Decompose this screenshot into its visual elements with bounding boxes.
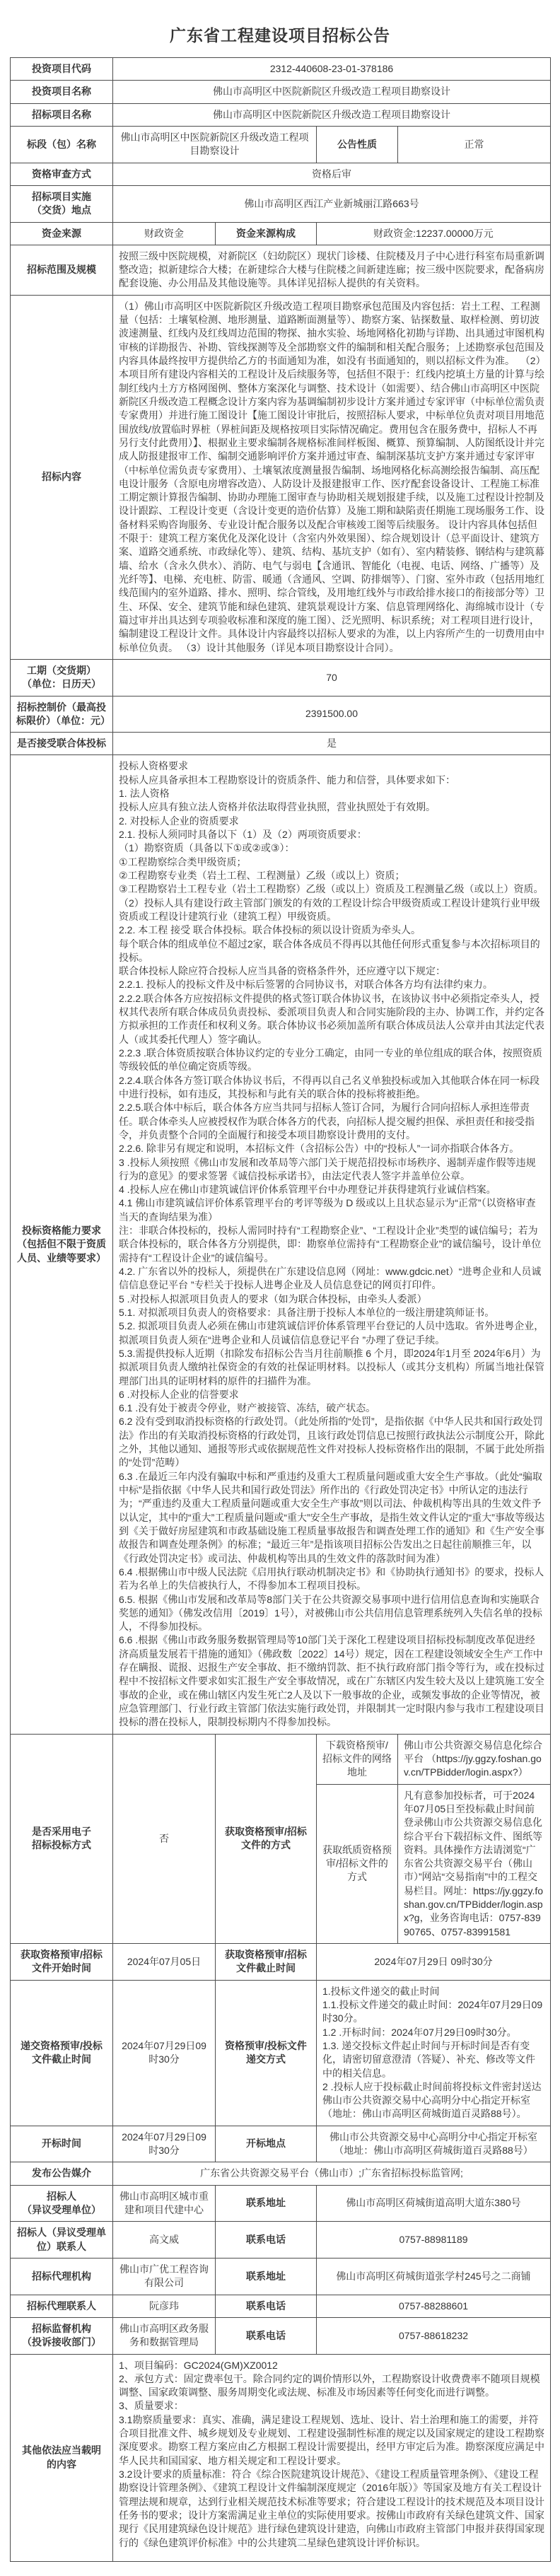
agency-label: 招标代理机构 [11, 2258, 113, 2295]
announcement-page: 广东省工程建设项目招标公告 投资项目代码 2312-440608-23-01-3… [0, 0, 560, 2576]
electronic-label: 是否采用电子 招标投标方式 [11, 1734, 113, 1943]
row-consortium: 是否接受联合体投标 是 [11, 733, 551, 755]
row-qualification-method: 资格审查方式 资格后审 [11, 163, 551, 185]
investment-code-label: 投资项目代码 [11, 58, 113, 81]
consortium-label: 是否接受联合体投标 [11, 733, 113, 755]
qualification-method-label: 资格审查方式 [11, 163, 113, 185]
row-submission: 递交资格预审/投标文件截止时间 2024年07月29日09时30分 资格预审/投… [11, 1980, 551, 2126]
funding-source-value: 财政资金 [113, 222, 216, 245]
other-label: 其他依法应当载明 的内容 [11, 2354, 113, 2561]
funding-composition-label: 资金来源构成 [216, 222, 317, 245]
ceiling-price-value: 2391500.00 [113, 696, 551, 733]
supervisor-phone-value: 0757-88618232 [317, 2317, 551, 2354]
agency-addr-label: 联系地址 [216, 2258, 317, 2295]
row-media: 发布公告媒介 广东省公共资源交易平台（佛山市）;广东省招标投标监管网; [11, 2162, 551, 2185]
row-electronic: 是否采用电子 招标投标方式 否 获取资格预审/招标文件的方式 下载资格预审/招标… [11, 1734, 551, 1784]
agency-contact-label: 招标代理联系人 [11, 2295, 113, 2317]
obtain-method-label: 获取资格预审/招标文件的方式 [216, 1734, 317, 1943]
tenderer-contact-value: 高文威 [113, 2222, 216, 2259]
qualification-req-value: 投标人资格要求 投标人应具备承担本工程勘察设计的资质条件、能力和信誉，具体要求如… [113, 755, 551, 1734]
investment-code-value: 2312-440608-23-01-378186 [113, 58, 551, 81]
agency-phone-value: 0757-88288601 [317, 2295, 551, 2317]
section-label: 标段（包）名称 [11, 126, 113, 163]
paper-obtain-label: 获取纸质资格预审/招标文件的方式 [317, 1784, 398, 1943]
agency-value: 佛山市广优工程咨询有限公司 [113, 2258, 216, 2295]
obtain-deadline-label: 获取资格预审/招标文件截止时间 [216, 1944, 317, 1981]
row-ceiling-price: 招标控制价（最高投标限价）（单位：元） 2391500.00 [11, 696, 551, 733]
investment-name-value: 佛山市高明区中医院新院区升级改造工程项目勘察设计 [113, 81, 551, 103]
media-label: 发布公告媒介 [11, 2162, 113, 2185]
electronic-value: 否 [113, 1734, 216, 1943]
consortium-value: 是 [113, 733, 551, 755]
funding-composition-value: 财政资金:12237.00000万元 [317, 222, 551, 245]
content-value: （1）佛山市高明区中医院新院区升级改造工程项目勘察承包范围及内容包括：岩土工程、… [113, 295, 551, 659]
funding-label: 资金来源 [11, 222, 113, 245]
row-agency-contact: 招标代理联系人 阮彦玮 联系电话 0757-88288601 [11, 2295, 551, 2317]
agency-contact-value: 阮彦玮 [113, 2295, 216, 2317]
tenderer-addr-label: 联系地址 [216, 2185, 317, 2222]
scope-label: 招标范围及规模 [11, 245, 113, 295]
media-value: 广东省公共资源交易平台（佛山市）;广东省招标投标监管网; [113, 2162, 551, 2185]
page-title: 广东省工程建设项目招标公告 [10, 23, 550, 46]
tenderer-value: 佛山市高明区城市重建和项目代建中心 [113, 2185, 216, 2222]
row-agency: 招标代理机构 佛山市广优工程咨询有限公司 联系地址 佛山市高明区荷城街道张学村2… [11, 2258, 551, 2295]
row-location: 招标项目实施 （交货）地点 佛山市高明区西江产业新城丽江路663号 [11, 185, 551, 222]
row-tenderer: 招标人 （异议受理单位） 佛山市高明区城市重建和项目代建中心 联系地址 佛山市高… [11, 2185, 551, 2222]
submission-deadline-value: 2024年07月29日09时30分 [113, 1980, 216, 2126]
download-address-value: 佛山市公共资源交易信息化综合平台 （https://jy.ggzy.foshan… [398, 1734, 551, 1784]
location-label: 招标项目实施 （交货）地点 [11, 185, 113, 222]
submission-method-value: 1.投标文件递交的截止时间 1.1.投标文件递交的截止时间：2024年07月29… [317, 1980, 551, 2126]
tenderer-contact-label: 招标人（异议受理单位）联系人 [11, 2222, 113, 2259]
row-duration: 工期（交货期） （单位：日历天） 70 [11, 659, 551, 696]
row-qualification-req: 投标资格能力要求（包括但不限于资质人员、业绩等要求） 投标人资格要求 投标人应具… [11, 755, 551, 1734]
duration-label: 工期（交货期） （单位：日历天） [11, 659, 113, 696]
supervisor-label: 招标监督机构 （投诉接收部门） [11, 2317, 113, 2354]
row-supervisor: 招标监督机构 （投诉接收部门） 佛山市高明区政务服务和数据管理局 联系电话 07… [11, 2317, 551, 2354]
download-address-label: 下载资格预审/招标文件的网络地址 [317, 1734, 398, 1784]
supervisor-value: 佛山市高明区政务服务和数据管理局 [113, 2317, 216, 2354]
submission-method-label: 资格预审/投标文件递交方式 [216, 1980, 317, 2126]
agency-addr-value: 佛山市高明区荷城街道张学村245号之二商铺 [317, 2258, 551, 2295]
scope-value: 按照三级中医院规模，对新院区（妇幼院区）现状门诊楼、住院楼及月子中心进行科室布局… [113, 245, 551, 295]
opening-place-value: 佛山市公共资源交易中心高明分中心指定开标室（地址：佛山市高明区荷城街道百灵路88… [317, 2126, 551, 2162]
qualification-req-label: 投标资格能力要求（包括但不限于资质人员、业绩等要求） [11, 755, 113, 1734]
tender-name-label: 招标项目名称 [11, 103, 113, 126]
obtain-start-label: 获取资格预审/招标文件开始时间 [11, 1944, 113, 1981]
paper-obtain-value: 凡有意参加投标者，可于2024年07月05日至投标截止时间前登录佛山市公共资源交… [398, 1784, 551, 1943]
notice-nature-value: 正常 [398, 126, 551, 163]
row-investment-code: 投资项目代码 2312-440608-23-01-378186 [11, 58, 551, 81]
tender-name-value: 佛山市高明区中医院新院区升级改造工程项目勘察设计 [113, 103, 551, 126]
row-tender-name: 招标项目名称 佛山市高明区中医院新院区升级改造工程项目勘察设计 [11, 103, 551, 126]
ceiling-price-label: 招标控制价（最高投标限价）（单位：元） [11, 696, 113, 733]
investment-name-label: 投资项目名称 [11, 81, 113, 103]
other-value: 1、项目编码：GC2024(GM)XZ0012 2、承包方式：固定费率包干。除合… [113, 2354, 551, 2561]
obtain-start-value: 2024年07月05日 [113, 1944, 216, 1981]
tenderer-phone-label: 联系电话 [216, 2222, 317, 2259]
row-content: 招标内容 （1）佛山市高明区中医院新院区升级改造工程项目勘察承包范围及内容包括：… [11, 295, 551, 659]
tenderer-phone-value: 0757-88981189 [317, 2222, 551, 2259]
agency-phone-label: 联系电话 [216, 2295, 317, 2317]
row-tenderer-contact: 招标人（异议受理单位）联系人 高文威 联系电话 0757-88981189 [11, 2222, 551, 2259]
row-investment-name: 投资项目名称 佛山市高明区中医院新院区升级改造工程项目勘察设计 [11, 81, 551, 103]
section-value: 佛山市高明区中医院新院区升级改造工程项目勘察设计 [113, 126, 317, 163]
opening-place-label: 开标地点 [216, 2126, 317, 2162]
obtain-deadline-value: 2024年07月29日 09时30分 [317, 1944, 551, 1981]
supervisor-phone-label: 联系电话 [216, 2317, 317, 2354]
row-opening: 开标时间 2024年07月29日09时30分 开标地点 佛山市公共资源交易中心高… [11, 2126, 551, 2162]
tenderer-addr-value: 佛山市高明区荷城街道高明大道东380号 [317, 2185, 551, 2222]
row-other: 其他依法应当载明 的内容 1、项目编码：GC2024(GM)XZ0012 2、承… [11, 2354, 551, 2561]
tender-notice-table: 投资项目代码 2312-440608-23-01-378186 投资项目名称 佛… [10, 57, 551, 2562]
row-scope: 招标范围及规模 按照三级中医院规模，对新院区（妇幼院区）现状门诊楼、住院楼及月子… [11, 245, 551, 295]
row-funding: 资金来源 财政资金 资金来源构成 财政资金:12237.00000万元 [11, 222, 551, 245]
submission-deadline-label: 递交资格预审/投标文件截止时间 [11, 1980, 113, 2126]
opening-time-label: 开标时间 [11, 2126, 113, 2162]
qualification-method-value: 资格后审 [113, 163, 551, 185]
opening-time-value: 2024年07月29日09时30分 [113, 2126, 216, 2162]
location-value: 佛山市高明区西江产业新城丽江路663号 [113, 185, 551, 222]
row-obtain-start: 获取资格预审/招标文件开始时间 2024年07月05日 获取资格预审/招标文件截… [11, 1944, 551, 1981]
tenderer-label: 招标人 （异议受理单位） [11, 2185, 113, 2222]
content-label: 招标内容 [11, 295, 113, 659]
row-section: 标段（包）名称 佛山市高明区中医院新院区升级改造工程项目勘察设计 公告性质 正常 [11, 126, 551, 163]
duration-value: 70 [113, 659, 551, 696]
notice-nature-label: 公告性质 [317, 126, 398, 163]
